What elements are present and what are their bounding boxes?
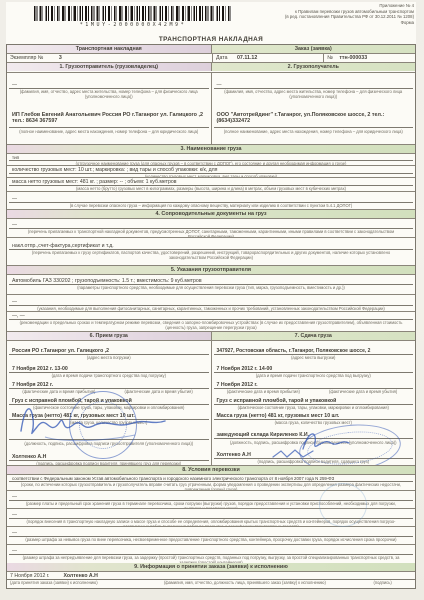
- order-acceptance-name-caption: (фамилия, имя, отчество, должность лица,…: [140, 580, 351, 585]
- barcode-text: *1MUY-2000000X42M9*: [34, 22, 232, 28]
- section-2-title: 2. Грузополучатель: [211, 63, 416, 71]
- waybill-document: *1MUY-2000000X42M9* Приложение № 4 к Пра…: [6, 2, 416, 589]
- conditions-law-caption: (сроки, по истечении которых грузоотправ…: [17, 482, 405, 491]
- attached-docs-value: —: [9, 221, 413, 229]
- section-5-title: 5. Указания грузоотправителя: [7, 266, 415, 275]
- cargo-docs-value: накл.отпр.,счет-фактура,сертификат и т.д…: [9, 242, 413, 250]
- copy-label: Экземпляр №: [10, 55, 43, 61]
- conditions-caption: (размер штрафа за непредъявление для пер…: [17, 555, 405, 563]
- receive-deliver-block: Россия РО г.Таганрог ул. Галицкого ,2 (а…: [7, 341, 415, 466]
- conditions-value: —: [9, 493, 413, 501]
- cargo-places-row: количество грузовых мест: 10 шт.; маркир…: [7, 166, 415, 178]
- shipper-entity-caption: (полное наименование, адрес места нахожд…: [17, 129, 201, 138]
- consignee-sign-caption: (должность, подпись, расшифровка подписи…: [225, 440, 401, 449]
- document-header: *1MUY-2000000X42M9* Приложение № 4 к Пра…: [6, 2, 416, 36]
- departure-caption-left: (фактические дата и время убытия): [109, 389, 209, 394]
- conditions-law-row: соответствии с Федеральным законом Устав…: [7, 475, 415, 491]
- scanned-transport-waybill: { "colors": { "stamp_blue": "#2f54b4", "…: [0, 0, 424, 600]
- date-label: Дата: [216, 55, 228, 61]
- section-1-2-header-row: 1. Грузоотправитель (грузовладелец) 2. Г…: [7, 63, 415, 73]
- conditions-row: — (размер платы и предельный срок хранен…: [7, 491, 415, 509]
- cargo-mass-right: Масса груза (нетто) 481 кг, грузовых мес…: [214, 412, 414, 420]
- consignee-name: ООО "Автотрейдинг" г.Таганрог, ул.Поляко…: [214, 111, 414, 127]
- recommendations-value: —, —: [9, 312, 413, 320]
- deliver-cell: 347927, Ростовская область, г.Таганрог, …: [211, 341, 416, 465]
- departure-caption-right: (фактические дата и время убытия): [313, 389, 413, 394]
- shipper-name: ИП Глебов Евгений Анатольевич Россия РО …: [9, 111, 209, 127]
- cargo-mass-left: Масса груза (нетто) 481 кг, грузовых мес…: [9, 412, 209, 420]
- document-title: ТРАНСПОРТНАЯ НАКЛАДНАЯ: [6, 36, 416, 44]
- recommendations-caption: (рекомендации о предельных сроках и темп…: [17, 320, 405, 330]
- copy-date-number-row: Экземпляр № 3 Дата 07.11.12 № ттн-000033: [7, 54, 415, 63]
- cargo-condition-right: Груз с исправной пломбой, тарой и упаков…: [214, 397, 414, 405]
- vehicle-params-row: Автомобиль ГАЗ 330202 ; грузоподъемность…: [7, 275, 415, 295]
- attached-docs-row: — (перечень прилагаемых к транспортной н…: [7, 219, 415, 238]
- barcode: [34, 6, 232, 21]
- conditions-value: —: [9, 511, 413, 519]
- conditions-row: — (размер штрафа за непредъявление для п…: [7, 545, 415, 563]
- appendix-line: Форма: [224, 20, 414, 26]
- waybill-table: Транспортная накладная Заказ (заявка) Эк…: [6, 44, 416, 589]
- conditions-block: соответствии с Федеральным законом Устав…: [7, 475, 415, 563]
- copy-cell: Экземпляр № 3: [7, 54, 212, 62]
- order-acceptance-date: 7 Ноября 2012 г.: [10, 573, 50, 579]
- cargo-mass-value: масса нетто грузовых мест: 481 кг. ; раз…: [9, 178, 413, 186]
- shipper-consignee-block: — (фамилия, имя, отчество, адрес места ж…: [7, 73, 415, 145]
- waybill-col-title: Транспортная накладная: [7, 45, 211, 53]
- order-acceptance-sign-caption: (подпись): [350, 580, 415, 585]
- shipper-sign-caption: (должность, подпись, расшифровка подписи…: [21, 441, 197, 450]
- unloading-address: 347927, Ростовская область, г.Таганрог, …: [214, 347, 414, 355]
- cargo-condition-caption-right: (фактическое состояние груза, тары, упак…: [214, 405, 414, 410]
- cargo-docs-caption: (перечень прилагаемых к грузу сертификат…: [21, 250, 401, 260]
- shipper-person-caption: (фамилия, имя, отчество, адрес места жит…: [17, 89, 201, 99]
- vehicle-params-caption: (параметры транспортного средства, необх…: [9, 285, 413, 290]
- section-9-title: 9. Информация о принятии заказа (заявки)…: [7, 563, 415, 572]
- date-number-cell: Дата 07.11.12 № ттн-000033: [212, 54, 415, 62]
- conditions-row: — (порядок внесения в транспортную накла…: [7, 509, 415, 527]
- sanitary-row: — (указания, необходимые для выполнения …: [7, 295, 415, 312]
- number-label: №: [327, 55, 333, 61]
- arrival-caption-right: (фактические дата и время прибытия): [214, 389, 314, 394]
- section-1-title: 1. Грузоотправитель (грузовладелец): [7, 63, 211, 71]
- section-6-7-header-row: 6. Прием груза 7. Сдача груза: [7, 332, 415, 341]
- cargo-places-value: количество грузовых мест: 10 шт.; маркир…: [9, 166, 413, 174]
- driver-caption-right: (подпись, расшифровка подписи водителя, …: [214, 459, 414, 464]
- consignee-entity-caption: (полное наименование, адрес места нахожд…: [221, 129, 405, 138]
- shipper-cell: — (фамилия, имя, отчество, адрес места ж…: [7, 73, 211, 144]
- section-6-title: 6. Прием груза: [7, 332, 211, 340]
- dangerous-goods-caption: (в случае перевозки опасного груза – инф…: [9, 203, 413, 208]
- cargo-mass-row: масса нетто грузовых мест: 481 кг. ; раз…: [7, 178, 415, 192]
- conditions-value: —: [9, 529, 413, 537]
- conditions-value: —: [9, 547, 413, 555]
- order-col-title: Заказ (заявка): [211, 45, 416, 53]
- attached-docs-caption: (перечень прилагаемых к транспортной нак…: [21, 229, 401, 238]
- arrival-caption-left: (фактические дата и время прибытия): [9, 389, 109, 394]
- conditions-caption: (порядок внесения в транспортную накладн…: [17, 519, 405, 527]
- cargo-name-row: тип (отгрузочное наименование груза (для…: [7, 154, 415, 166]
- loading-address: Россия РО г.Таганрог ул. Галицкого ,2: [9, 347, 209, 355]
- conditions-row: — (размер штрафа за невывоз груза по вин…: [7, 527, 415, 545]
- section-7-title: 7. Сдача груза: [211, 332, 416, 340]
- loading-datetime: 7 Ноября 2012 г. 13-00: [9, 365, 209, 373]
- warehouse-manager-name: заведующий склада Кириленко К.И.: [214, 431, 414, 439]
- section-8-title: 8. Условия перевозки: [7, 466, 415, 475]
- consignee-person-caption: (фамилия, имя, отчество, адрес места жит…: [221, 89, 405, 99]
- section-3-title: 3. Наименование груза: [7, 145, 415, 154]
- conditions-caption: (размер платы и предельный срок хранения…: [17, 501, 405, 509]
- receive-cell: Россия РО г.Таганрог ул. Галицкого ,2 (а…: [7, 341, 211, 465]
- cargo-mass-caption: (масса нетто (брутто) грузовых мест в ки…: [9, 186, 413, 191]
- cargo-docs-row: накл.отпр.,счет-фактура,сертификат и т.д…: [7, 238, 415, 266]
- cargo-condition-left: Груз с исправной пломбой, тарой и упаков…: [9, 397, 209, 405]
- vehicle-params-value: Автомобиль ГАЗ 330202 ; грузоподъемность…: [9, 277, 413, 285]
- order-acceptance-name: Холтенко А.Н: [64, 573, 98, 579]
- dangerous-goods-value: —: [9, 195, 413, 203]
- arrival-date-right: 7 Ноября 2012 г.: [214, 381, 414, 389]
- conditions-caption: (размер штрафа за невывоз груза по вине …: [17, 537, 405, 542]
- date-cell: Дата 07.11.12: [213, 54, 323, 62]
- number-cell: № ттн-000033: [323, 54, 415, 62]
- section-4-title: 4. Сопроводительные документы на груз: [7, 210, 415, 219]
- cargo-condition-caption-left: (фактическое состояние груза, тары, упак…: [9, 405, 209, 410]
- date-value: 07.11.12: [237, 55, 257, 61]
- cargo-name-value: тип: [9, 154, 413, 161]
- unloading-datetime: 7 Ноября 2012 г. 14-00: [214, 365, 414, 373]
- copy-value: 3: [59, 55, 62, 61]
- driver-caption-left: (подпись, расшифровка подписи водителя, …: [9, 461, 209, 465]
- consignee-person-value: —: [214, 81, 414, 89]
- order-acceptance-date-caption: (дата принятия заказа (заявки) к исполне…: [7, 580, 140, 585]
- number-value: ттн-000033: [339, 55, 367, 61]
- consignee-cell: — (фамилия, имя, отчество, адрес места ж…: [211, 73, 416, 144]
- shipper-person-value: —: [9, 81, 209, 89]
- dangerous-goods-row: — (в случае перевозки опасного груза – и…: [7, 192, 415, 210]
- appendix-note: Приложение № 4 к Правилам перевозки груз…: [224, 3, 414, 25]
- table-title-row: Транспортная накладная Заказ (заявка): [7, 45, 415, 54]
- sanitary-caption: (указания, необходимые для выполнения фи…: [9, 306, 413, 311]
- recommendations-row: —, — (рекомендации о предельных сроках и…: [7, 312, 415, 332]
- arrival-date-left: 7 Ноября 2012 г.: [9, 381, 209, 389]
- sanitary-value: —: [9, 298, 413, 306]
- driver-name-left: Холтенко А.Н: [9, 453, 209, 461]
- order-acceptance-row: 7 Ноября 2012 г. Холтенко А.Н (дата прин…: [7, 572, 415, 588]
- conditions-law-value: соответствии с Федеральным законом Устав…: [9, 475, 413, 482]
- driver-name-right: Холтенко А.Н: [214, 451, 414, 459]
